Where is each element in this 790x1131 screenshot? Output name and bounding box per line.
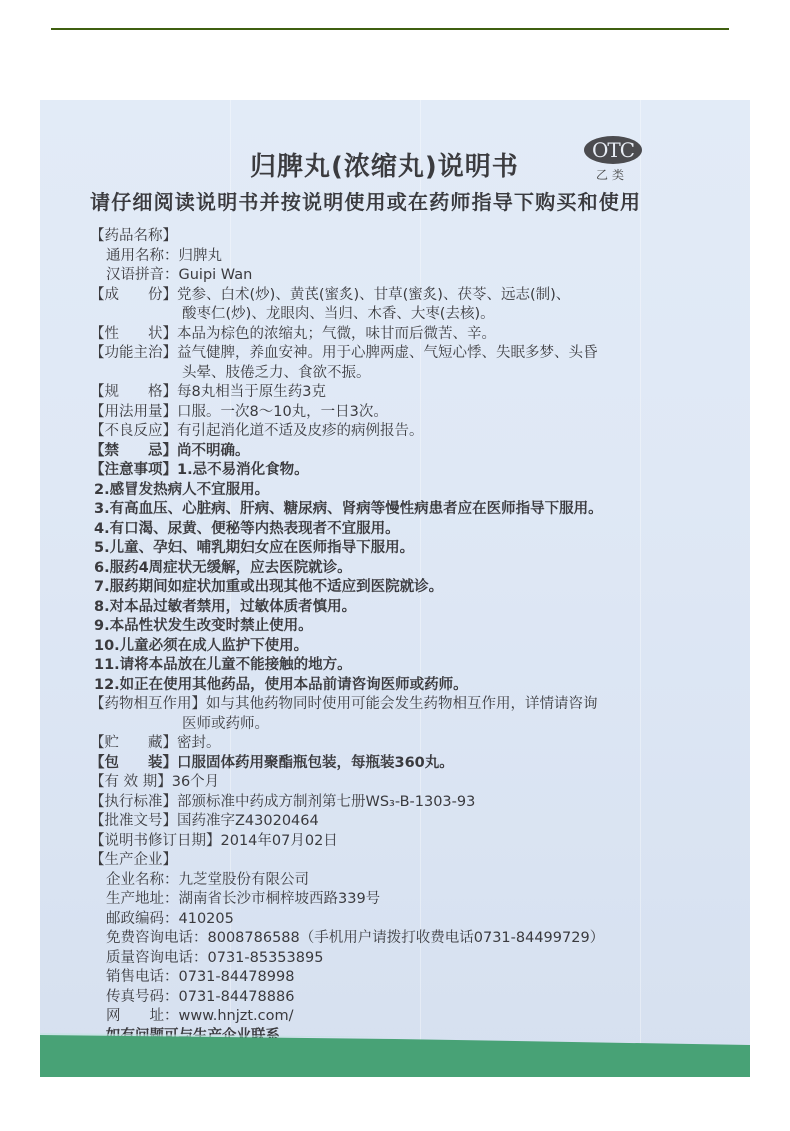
precaution-item: 8.对本品过敏者禁用，过敏体质者慎用。 — [90, 598, 740, 618]
section-label: 【禁 忌】 — [90, 442, 177, 462]
manufacturer-section: 【生产企业】 — [90, 851, 740, 871]
website: www.hnjzt.com/ — [179, 1007, 741, 1027]
section-label: 【执行标准】 — [90, 793, 177, 813]
section-label: 【注意事项】 — [90, 461, 177, 481]
section-label: 【药物相互作用】 — [90, 695, 206, 715]
ingredients-row: 【成 份】 党参、白术(炒)、黄芪(蜜炙)、甘草(蜜炙)、茯苓、远志(制)、 — [90, 286, 740, 306]
indications-continuation: 头晕、肢倦乏力、食欲不振。 — [90, 364, 740, 384]
generic-name: 归脾丸 — [179, 247, 741, 267]
manufacturer-field: 邮政编码： 410205 — [90, 910, 740, 930]
section-label: 【贮 藏】 — [90, 734, 177, 754]
precaution-item: 9.本品性状发生改变时禁止使用。 — [90, 617, 740, 637]
indications-row: 【功能主治】 益气健脾，养血安神。用于心脾两虚、气短心悸、失眠多梦、头昏 — [90, 344, 740, 364]
ingredients-line: 酸枣仁(炒)、龙眼肉、当归、木香、大枣(去核)。 — [182, 305, 740, 325]
precaution-item: 11.请将本品放在儿童不能接触的地方。 — [90, 656, 740, 676]
otc-badge-icon: OTC — [584, 136, 642, 164]
dosage-value: 口服。一次8～10丸，一日3次。 — [177, 403, 740, 423]
pinyin-row: 汉语拼音： Guipi Wan — [90, 266, 740, 286]
section-label: 【成 份】 — [90, 286, 177, 306]
approval-number: 国药准字Z43020464 — [177, 812, 740, 832]
company-name: 九芝堂股份有限公司 — [179, 871, 741, 891]
section-label: 【性 状】 — [90, 325, 177, 345]
approval-row: 【批准文号】 国药准字Z43020464 — [90, 812, 740, 832]
section-label: 【功能主治】 — [90, 344, 177, 364]
precaution-item: 2.感冒发热病人不宜服用。 — [90, 481, 740, 501]
interactions-line: 如与其他药物同时使用可能会发生药物相互作用，详情请咨询 — [206, 695, 740, 715]
indications-line: 头晕、肢倦乏力、食欲不振。 — [182, 364, 740, 384]
usage-warning: 请仔细阅读说明书并按说明使用或在药师指导下购买和使用 — [90, 186, 641, 215]
field-label: 网 址： — [106, 1007, 179, 1027]
pinyin-name: Guipi Wan — [179, 266, 741, 286]
shelf-life-row: 【有 效 期】 36个月 — [90, 773, 740, 793]
packaging-row: 【包 装】 口服固体药用聚酯瓶包装，每瓶装360丸。 — [90, 754, 740, 774]
leaflet-title: 归脾丸(浓缩丸)说明书 — [250, 146, 519, 183]
leaflet-body: 【药品名称】 通用名称： 归脾丸 汉语拼音： Guipi Wan 【成 份】 党… — [90, 227, 740, 1046]
storage-value: 密封。 — [177, 734, 740, 754]
section-label: 【包 装】 — [90, 754, 177, 774]
company-address: 湖南省长沙市桐梓坡西路339号 — [179, 890, 741, 910]
field-label: 质量咨询电话： — [106, 949, 208, 969]
manufacturer-field: 质量咨询电话： 0731-85353895 — [90, 949, 740, 969]
manufacturer-field: 传真号码： 0731-84478886 — [90, 988, 740, 1008]
leaflet-paper: 归脾丸(浓缩丸)说明书 OTC 乙类 请仔细阅读说明书并按说明使用或在药师指导下… — [40, 100, 750, 1077]
toll-free-phone: 8008786588（手机用户请拨打收费电话0731-84499729） — [208, 929, 741, 949]
fax-number: 0731-84478886 — [179, 988, 741, 1008]
precaution-item: 10.儿童必须在成人监护下使用。 — [90, 637, 740, 657]
section-label: 【用法用量】 — [90, 403, 177, 423]
adverse-reactions-row: 【不良反应】 有引起消化道不适及皮疹的病例报告。 — [90, 422, 740, 442]
precautions-row: 【注意事项】 1.忌不易消化食物。 — [90, 461, 740, 481]
dosage-row: 【用法用量】 口服。一次8～10丸，一日3次。 — [90, 403, 740, 423]
quality-phone: 0731-85353895 — [208, 949, 741, 969]
indications-line: 益气健脾，养血安神。用于心脾两虚、气短心悸、失眠多梦、头昏 — [177, 344, 740, 364]
field-label: 销售电话： — [106, 968, 179, 988]
specification-value: 每8丸相当于原生药3克 — [177, 383, 740, 403]
revision-date: 2014年07月02日 — [221, 832, 741, 852]
section-label: 【批准文号】 — [90, 812, 177, 832]
ingredients-continuation: 酸枣仁(炒)、龙眼肉、当归、木香、大枣(去核)。 — [90, 305, 740, 325]
drug-name-section: 【药品名称】 — [90, 227, 740, 247]
contraindications-value: 尚不明确。 — [177, 442, 740, 462]
field-label: 免费咨询电话： — [106, 929, 208, 949]
generic-name-row: 通用名称： 归脾丸 — [90, 247, 740, 267]
field-label: 生产地址： — [106, 890, 179, 910]
adverse-reactions-value: 有引起消化道不适及皮疹的病例报告。 — [177, 422, 740, 442]
precaution-item: 5.儿童、孕妇、哺乳期妇女应在医师指导下服用。 — [90, 539, 740, 559]
sales-phone: 0731-84478998 — [179, 968, 741, 988]
section-label: 【规 格】 — [90, 383, 177, 403]
shelf-life-value: 36个月 — [172, 773, 740, 793]
otc-class-label: 乙类 — [596, 166, 628, 183]
description-value: 本品为棕色的浓缩丸；气微，味甘而后微苦、辛。 — [177, 325, 740, 345]
description-row: 【性 状】 本品为棕色的浓缩丸；气微，味甘而后微苦、辛。 — [90, 325, 740, 345]
standard-value: 部颁标准中药成方制剂第七册WS₃-B-1303-93 — [177, 793, 740, 813]
standard-row: 【执行标准】 部颁标准中药成方制剂第七册WS₃-B-1303-93 — [90, 793, 740, 813]
precaution-item: 1.忌不易消化食物。 — [177, 461, 740, 481]
contraindications-row: 【禁 忌】 尚不明确。 — [90, 442, 740, 462]
manufacturer-field: 生产地址： 湖南省长沙市桐梓坡西路339号 — [90, 890, 740, 910]
packaging-value: 口服固体药用聚酯瓶包装，每瓶装360丸。 — [177, 754, 740, 774]
top-divider-line — [51, 28, 729, 30]
section-label: 【药品名称】 — [90, 227, 177, 247]
section-label: 【说明书修订日期】 — [90, 832, 221, 852]
ingredients-line: 党参、白术(炒)、黄芪(蜜炙)、甘草(蜜炙)、茯苓、远志(制)、 — [177, 286, 740, 306]
precaution-item: 12.如正在使用其他药品，使用本品前请咨询医师或药师。 — [90, 676, 740, 696]
section-label: 【不良反应】 — [90, 422, 177, 442]
postal-code: 410205 — [179, 910, 741, 930]
section-label: 【生产企业】 — [90, 851, 177, 871]
manufacturer-field: 企业名称： 九芝堂股份有限公司 — [90, 871, 740, 891]
manufacturer-field: 销售电话： 0731-84478998 — [90, 968, 740, 988]
field-label: 企业名称： — [106, 871, 179, 891]
section-label: 【有 效 期】 — [90, 773, 172, 793]
manufacturer-field: 网 址： www.hnjzt.com/ — [90, 1007, 740, 1027]
field-label: 邮政编码： — [106, 910, 179, 930]
interactions-row: 【药物相互作用】 如与其他药物同时使用可能会发生药物相互作用，详情请咨询 — [90, 695, 740, 715]
field-label: 汉语拼音： — [106, 266, 179, 286]
interactions-line: 医师或药师。 — [182, 715, 740, 735]
field-label: 通用名称： — [106, 247, 179, 267]
precaution-item: 3.有高血压、心脏病、肝病、糖尿病、肾病等慢性病患者应在医师指导下服用。 — [90, 500, 740, 520]
specification-row: 【规 格】 每8丸相当于原生药3克 — [90, 383, 740, 403]
manufacturer-field: 免费咨询电话： 8008786588（手机用户请拨打收费电话0731-84499… — [90, 929, 740, 949]
precaution-item: 6.服药4周症状无缓解，应去医院就诊。 — [90, 559, 740, 579]
precaution-item: 7.服药期间如症状加重或出现其他不适应到医院就诊。 — [90, 578, 740, 598]
precaution-item: 4.有口渴、尿黄、便秘等内热表现者不宜服用。 — [90, 520, 740, 540]
interactions-continuation: 医师或药师。 — [90, 715, 740, 735]
storage-row: 【贮 藏】 密封。 — [90, 734, 740, 754]
revision-date-row: 【说明书修订日期】 2014年07月02日 — [90, 832, 740, 852]
field-label: 传真号码： — [106, 988, 179, 1008]
